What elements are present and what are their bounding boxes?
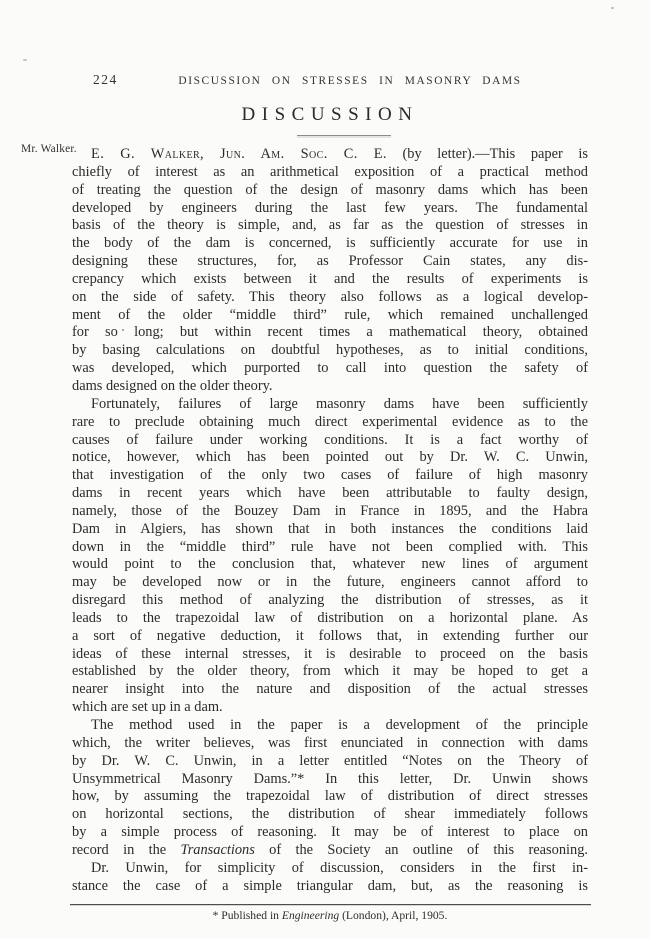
text-line: for so long; but within recent times a m… xyxy=(72,324,588,342)
document-page: 224 DISCUSSION ON STRESSES IN MASONRY DA… xyxy=(0,0,650,939)
footnote: * Published in Engineering (London), Apr… xyxy=(72,909,588,922)
text-line: which are set up in a dam. xyxy=(72,699,588,717)
text-segment: chiefly of interest as an arithmetical e… xyxy=(72,164,588,180)
text-segment: ideas of these internal stresses, it is … xyxy=(72,646,588,662)
speaker-name: E. G. Walker, Jun. Am. Soc. C. E. xyxy=(91,146,387,162)
text-segment: which, the writer believes, was first en… xyxy=(72,735,588,751)
text-segment: by a simple process of reasoning. It may… xyxy=(72,824,588,840)
text-segment: dams designed on the older theory. xyxy=(72,378,273,394)
text-segment: The method used in the paper is a develo… xyxy=(91,717,588,733)
text-segment: by basing calculations on doubtful hypot… xyxy=(72,342,588,358)
text-line: was developed, which purported to call i… xyxy=(72,360,588,378)
text-segment: Unsymmetrical Masonry Dams.”* In this le… xyxy=(72,771,588,787)
text-line: developed by engineers during the last f… xyxy=(72,200,588,218)
text-line: Dam in Algiers, has shown that in both i… xyxy=(72,521,588,539)
text-segment: for so long; but within recent times a m… xyxy=(72,324,588,340)
page-number: 224 xyxy=(93,72,118,88)
text-line: Fortunately, failures of large masonry d… xyxy=(72,396,588,414)
text-segment: disregard this method of analyzing the d… xyxy=(72,592,588,608)
text-segment: notice, however, which has been pointed … xyxy=(72,449,588,465)
text-segment: (by letter).—This paper is xyxy=(387,146,588,162)
text-segment: by Dr. W. C. Unwin, in a letter entitled… xyxy=(72,753,588,769)
text-segment: developed by engineers during the last f… xyxy=(72,200,588,216)
text-line: down in the “middle third” rule have not… xyxy=(72,539,588,557)
text-line: ideas of these internal stresses, it is … xyxy=(72,646,588,664)
text-segment: Dam in Algiers, has shown that in both i… xyxy=(72,521,588,537)
section-title-rule xyxy=(297,135,391,136)
text-segment: namely, those of the Bouzey Dam in Franc… xyxy=(72,503,588,519)
text-line: established by the older theory, from wh… xyxy=(72,663,588,681)
text-segment: how, by assuming the trapezoidal law of … xyxy=(72,788,588,804)
text-line: by a simple process of reasoning. It may… xyxy=(72,824,588,842)
text-line: chiefly of interest as an arithmetical e… xyxy=(72,164,588,182)
text-line: namely, those of the Bouzey Dam in Franc… xyxy=(72,503,588,521)
text-segment: was developed, which purported to call i… xyxy=(72,360,588,376)
footnote-journal-name: Engineering xyxy=(282,909,339,922)
text-line: by basing calculations on doubtful hypot… xyxy=(72,342,588,360)
footnote-rule xyxy=(70,904,591,905)
footnote-marker-text: * Published in xyxy=(213,909,282,922)
text-line: ment of the older “middle third” rule, w… xyxy=(72,307,588,325)
text-segment: stance the case of a simple triangular d… xyxy=(72,878,588,894)
text-line: causes of failure under working conditio… xyxy=(72,432,588,450)
scan-speck xyxy=(122,329,124,331)
text-line: a sort of negative deduction, it follows… xyxy=(72,628,588,646)
text-line: that investigation of the only two cases… xyxy=(72,467,588,485)
text-line: stance the case of a simple triangular d… xyxy=(72,878,588,896)
text-line: Dr. Unwin, for simplicity of discussion,… xyxy=(72,860,588,878)
text-line: designing these structures, for, as Prof… xyxy=(72,253,588,271)
text-segment: of the Society an outline of this reason… xyxy=(255,842,588,858)
text-segment: would point to the conclusion that, what… xyxy=(72,556,588,572)
text-segment: rare to preclude obtaining much direct e… xyxy=(72,414,588,430)
text-segment: leads to the trapezoidal law of distribu… xyxy=(72,610,588,626)
text-segment: Dr. Unwin, for simplicity of discussion,… xyxy=(91,860,588,876)
text-line: leads to the trapezoidal law of distribu… xyxy=(72,610,588,628)
text-segment: established by the older theory, from wh… xyxy=(72,663,588,679)
text-line: crepancy which exists between it and the… xyxy=(72,271,588,289)
text-line: E. G. Walker, Jun. Am. Soc. C. E. (by le… xyxy=(72,146,588,164)
text-line: how, by assuming the trapezoidal law of … xyxy=(72,788,588,806)
paragraph: E. G. Walker, Jun. Am. Soc. C. E. (by le… xyxy=(72,146,588,396)
text-segment: on the side of safety. This theory also … xyxy=(72,289,588,305)
text-line: may be developed now or in the future, e… xyxy=(72,574,588,592)
text-line: notice, however, which has been pointed … xyxy=(72,449,588,467)
text-segment: designing these structures, for, as Prof… xyxy=(72,253,588,269)
text-line: of treating the question of the design o… xyxy=(72,182,588,200)
body-column: E. G. Walker, Jun. Am. Soc. C. E. (by le… xyxy=(72,146,588,895)
text-segment: ment of the older “middle third” rule, w… xyxy=(72,307,588,323)
text-segment: may be developed now or in the future, e… xyxy=(72,574,588,590)
text-line: Unsymmetrical Masonry Dams.”* In this le… xyxy=(72,771,588,789)
text-line: on the side of safety. This theory also … xyxy=(72,289,588,307)
paragraph: Fortunately, failures of large masonry d… xyxy=(72,396,588,717)
text-segment: down in the “middle third” rule have not… xyxy=(72,539,588,555)
scan-speck xyxy=(611,7,614,9)
text-segment: record in the xyxy=(72,842,180,858)
text-line: The method used in the paper is a develo… xyxy=(72,717,588,735)
paragraph: The method used in the paper is a develo… xyxy=(72,717,588,860)
italic-text: Transactions xyxy=(180,842,254,858)
text-segment: basis of the theory is simple, and, as f… xyxy=(72,217,588,233)
text-segment: causes of failure under working conditio… xyxy=(72,432,588,448)
text-line: by Dr. W. C. Unwin, in a letter entitled… xyxy=(72,753,588,771)
scan-speck xyxy=(23,59,27,61)
running-head: DISCUSSION ON STRESSES IN MASONRY DAMS xyxy=(130,75,570,87)
footnote-publication-info: (London), April, 1905. xyxy=(339,909,447,922)
text-line: dams designed on the older theory. xyxy=(72,378,588,396)
margin-note-speaker: Mr. Walker. xyxy=(21,143,77,155)
text-segment: crepancy which exists between it and the… xyxy=(72,271,588,287)
text-segment: of treating the question of the design o… xyxy=(72,182,588,198)
text-segment: that investigation of the only two cases… xyxy=(72,467,588,483)
text-segment: dams in recent years which have been att… xyxy=(72,485,588,501)
text-segment: on horizontal sections, the distribution… xyxy=(72,806,588,822)
text-line: basis of the theory is simple, and, as f… xyxy=(72,217,588,235)
text-segment: which are set up in a dam. xyxy=(72,699,223,715)
text-line: dams in recent years which have been att… xyxy=(72,485,588,503)
text-line: disregard this method of analyzing the d… xyxy=(72,592,588,610)
section-title: DISCUSSION xyxy=(72,104,588,126)
text-segment: a sort of negative deduction, it follows… xyxy=(72,628,588,644)
paragraph: Dr. Unwin, for simplicity of discussion,… xyxy=(72,860,588,896)
text-line: the body of the dam is concerned, is suf… xyxy=(72,235,588,253)
text-segment: nearer insight into the nature and dispo… xyxy=(72,681,588,697)
text-line: rare to preclude obtaining much direct e… xyxy=(72,414,588,432)
text-line: which, the writer believes, was first en… xyxy=(72,735,588,753)
text-segment: Fortunately, failures of large masonry d… xyxy=(91,396,588,412)
text-line: record in the Transactions of the Societ… xyxy=(72,842,588,860)
text-line: on horizontal sections, the distribution… xyxy=(72,806,588,824)
text-line: nearer insight into the nature and dispo… xyxy=(72,681,588,699)
text-segment: the body of the dam is concerned, is suf… xyxy=(72,235,588,251)
text-line: would point to the conclusion that, what… xyxy=(72,556,588,574)
